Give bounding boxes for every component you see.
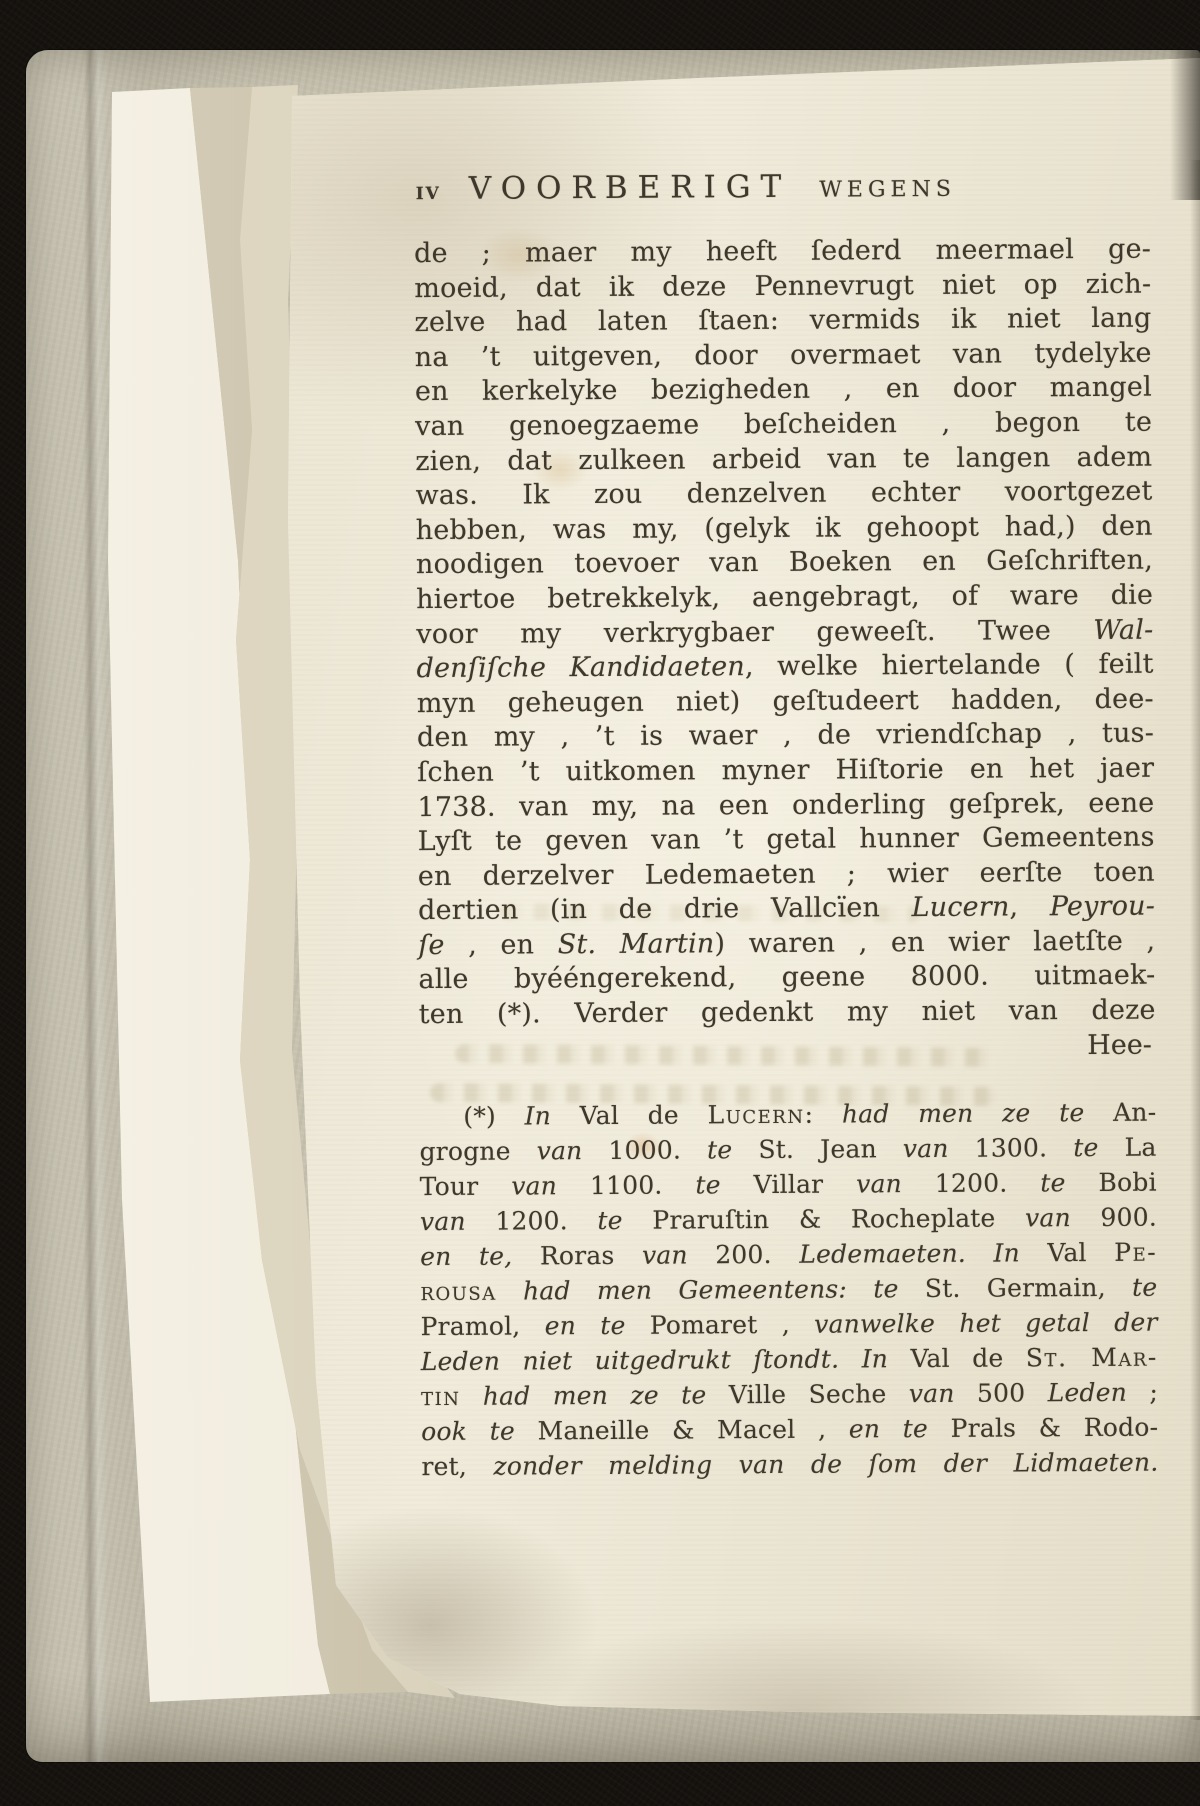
- footnote-line: Tour van 1100. te Villar van 1200. te Bo…: [420, 1165, 1157, 1205]
- footnote-block: (*) In Val de Lucern: had men ze te An-g…: [419, 1095, 1158, 1484]
- body-text-line: ten (*). Verder gedenkt my niet van deze: [419, 994, 1156, 1033]
- body-text-line: de ; maer my heeft ſederd meermael ge-: [414, 233, 1151, 272]
- catchword-row: Hee-: [419, 1029, 1156, 1068]
- printed-page-content: iv VOORBERIGT WEGENS de ; maer my heeft …: [0, 0, 1194, 4]
- body-text-line: noodigen toevoer van Boeken en Geſchrift…: [416, 544, 1153, 583]
- body-text-line: na ’t uitgeven, door overmaet van tydely…: [415, 336, 1152, 375]
- body-text-line: hiertoe betrekkelyk, aengebragt, of ware…: [416, 579, 1153, 618]
- body-text-line: 1738. van my, na een onderling geſprek, …: [417, 786, 1154, 825]
- body-text-line: myn geheugen niet) geſtudeert hadden, de…: [417, 682, 1154, 721]
- footnote-line: van 1200. te Praruſtin & Rocheplate van …: [420, 1200, 1157, 1240]
- running-header: iv VOORBERIGT WEGENS: [416, 167, 1056, 207]
- footnote-line: grogne van 1000. te St. Jean van 1300. t…: [419, 1130, 1156, 1170]
- body-text-line: moeid, dat ik deze Pennevrugt niet op zi…: [414, 267, 1151, 306]
- body-text-line: den my , ’t is waer , de vriendſchap , t…: [417, 717, 1154, 756]
- footnote-line: Leden niet uitgedrukt ſtondt. In Val de …: [421, 1340, 1158, 1380]
- footnote-line: (*) In Val de Lucern: had men ze te An-: [419, 1095, 1156, 1135]
- photographed-book-page: { "colors": { "background": "#16130f", "…: [0, 0, 1200, 1806]
- running-title: VOORBERIGT: [469, 169, 792, 207]
- running-title-suffix: WEGENS: [819, 177, 956, 203]
- body-text-line: zelve had laten ſtaen: vermids ik niet l…: [414, 302, 1151, 341]
- page-number: iv: [416, 176, 441, 205]
- body-text-line: Lyſt te geven van ’t getal hunner Gemeen…: [418, 821, 1155, 860]
- body-text-line: ſchen ’t uitkomen myner Hiſtorie en het …: [417, 752, 1154, 791]
- body-text-line: hebben, was my, (gelyk ik gehoopt had,) …: [416, 509, 1153, 548]
- body-text-line: van genoegzaeme beſcheiden , begon te: [415, 406, 1152, 445]
- footnote-line: ook te Maneille & Macel , en te Prals & …: [421, 1410, 1158, 1450]
- body-text-line: alle byééngerekend, geene 8000. uitmaek-: [418, 959, 1155, 998]
- footnote-line: Pramol, en te Pomaret , vanwelke het get…: [420, 1305, 1157, 1345]
- body-text-line: zien, dat zulkeen arbeid van te langen a…: [415, 440, 1152, 479]
- footnote-line: en te, Roras van 200. Ledemaeten. In Val…: [420, 1235, 1157, 1275]
- footnote-line: ret, zonder melding van de ſom der Lidma…: [421, 1445, 1158, 1485]
- footnote-line: rousa had men Gemeentens: te St. Germain…: [420, 1270, 1157, 1310]
- catchword: Hee-: [419, 1029, 1156, 1068]
- footnote-line: tin had men ze te Ville Seche van 500 Le…: [421, 1375, 1158, 1415]
- body-text-line: dertien (in de drie Vallcïen Lucern, Pey…: [418, 890, 1155, 929]
- body-text-line: en kerkelyke bezigheden , en door mangel: [415, 371, 1152, 410]
- body-text-line: ſe , en St. Martin) waren , en wier laet…: [418, 924, 1155, 963]
- body-text-line: denſiſche Kandidaeten, welke hiertelande…: [416, 648, 1153, 687]
- body-text-block: de ; maer my heeft ſederd meermael ge-mo…: [414, 233, 1156, 1033]
- body-text-line: was. Ik zou denzelven echter voortgezet: [415, 475, 1152, 514]
- body-text-line: voor my verkrygbaer geweeſt. Twee Wal-: [416, 613, 1153, 652]
- body-text-line: en derzelver Ledemaeten ; wier eerſte to…: [418, 855, 1155, 894]
